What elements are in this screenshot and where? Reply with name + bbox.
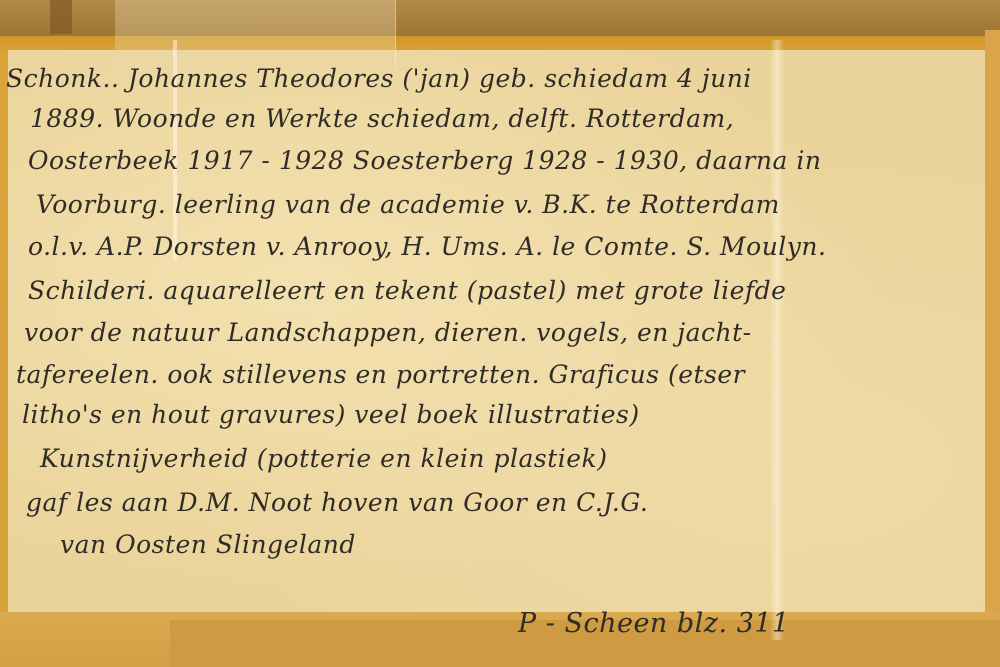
paper-crease: [770, 40, 784, 640]
note-line-10: Kunstnijverheid (potterie en klein plast…: [40, 444, 607, 473]
note-line-5: o.l.v. A.P. Dorsten v. Anrooy, H. Ums. A…: [28, 232, 826, 261]
note-line-9: litho's en hout gravures) veel boek illu…: [22, 400, 640, 429]
transparent-tape: [115, 0, 396, 70]
note-line-8: tafereelen. ook stillevens en portretten…: [16, 360, 745, 389]
stain-mark: [50, 0, 72, 34]
note-line-7: voor de natuur Landschappen, dieren. vog…: [24, 318, 752, 347]
note-line-12: van Oosten Slingeland: [60, 530, 356, 559]
note-line-1: Schonk.. Johannes Theodores ('jan) geb. …: [6, 64, 752, 93]
note-line-2: 1889. Woonde en Werkte schiedam, delft. …: [30, 104, 734, 133]
note-line-3: Oosterbeek 1917 - 1928 Soesterberg 1928 …: [28, 146, 821, 175]
note-line-11: gaf les aan D.M. Noot hoven van Goor en …: [26, 488, 648, 517]
note-line-4: Voorburg. leerling van de academie v. B.…: [36, 190, 780, 219]
note-line-6: Schilderi. aquarelleert en tekent (paste…: [28, 276, 786, 305]
signature-reference: P - Scheen blz. 311: [518, 608, 790, 639]
tape-right-edge: [985, 30, 1000, 667]
